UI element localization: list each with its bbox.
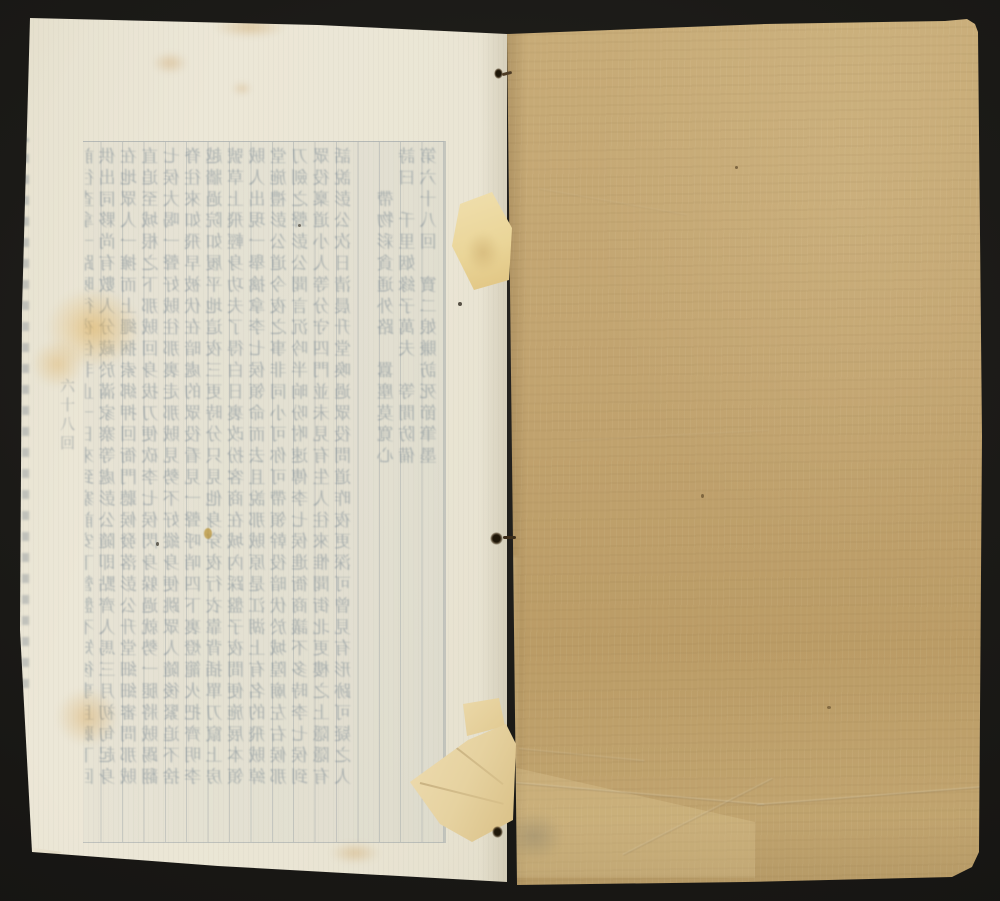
cover-speck — [827, 706, 831, 709]
stitch-hole-bottom — [492, 826, 503, 838]
stain — [152, 52, 188, 74]
patch-discoloration — [466, 232, 500, 272]
underleaf-edge-fragments — [22, 138, 29, 688]
dark-speck — [458, 302, 462, 306]
stain — [32, 340, 84, 388]
mirrored-showthrough-text: 第六十八回 寶二娘賺訪死節筆墨 詩曰 千里姻緣子萬夫 等閒防備 帶物彩貪通外路 … — [85, 147, 442, 842]
left-page-verso: 第六十八回 寶二娘賺訪死節筆墨 詩曰 千里姻緣子萬夫 等閒防備 帶物彩貪通外路 … — [18, 10, 507, 882]
cover-paper-texture — [505, 16, 987, 888]
cover-speck — [735, 166, 738, 169]
back-cover — [505, 16, 987, 888]
book-photo-backdrop: 第六十八回 寶二娘賺訪死節筆墨 詩曰 千里姻緣子萬夫 等閒防備 帶物彩貪通外路 … — [0, 0, 1000, 901]
cover-speck — [701, 494, 704, 498]
dark-speck — [156, 542, 159, 546]
stain — [213, 16, 287, 38]
cover-gray-smudge — [505, 812, 563, 860]
stain — [56, 688, 118, 746]
dark-speck — [298, 224, 301, 227]
stitch-hole-middle — [490, 532, 503, 545]
flap-crease — [420, 782, 504, 805]
mustard-speck — [204, 528, 212, 539]
stain — [330, 842, 380, 864]
thread-remnant — [503, 536, 516, 539]
stain — [232, 82, 252, 95]
showthrough-text-block: 第六十八回 寶二娘賺訪死節筆墨 詩曰 千里姻緣子萬夫 等閒防備 帶物彩貪通外路 … — [83, 141, 446, 843]
